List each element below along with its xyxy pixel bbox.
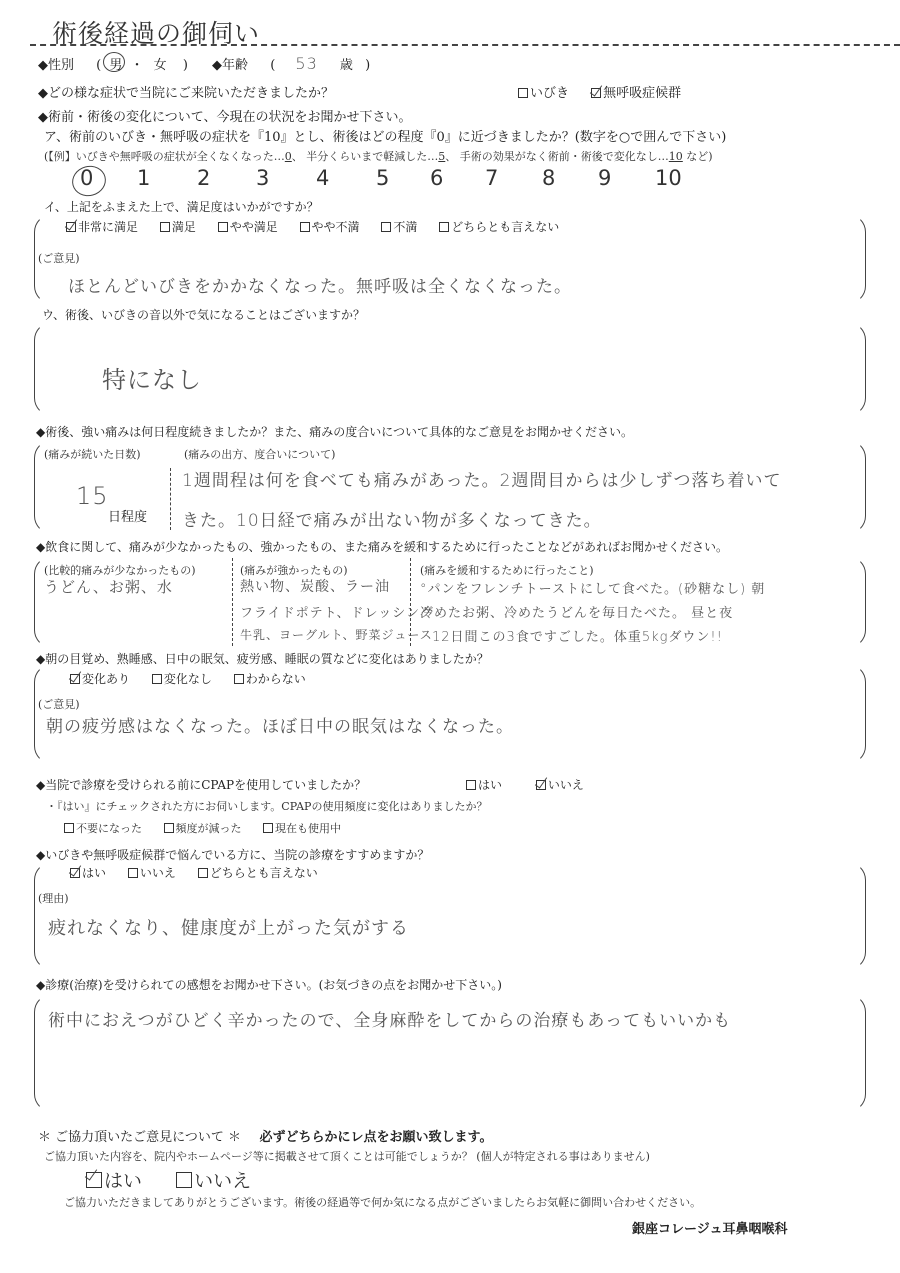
- satisfaction-options: 非常に満足 満足 やや満足 やや不満 不満 どちらとも言えない: [66, 218, 577, 235]
- checkbox-icon: [218, 222, 228, 232]
- checkbox-icon: [160, 222, 170, 232]
- thanks-message: ご協力いただきましてありがとうございます。術後の経過等で何か気になる点がございま…: [64, 1194, 701, 1210]
- scale-option-1[interactable]: 1: [137, 166, 150, 190]
- pain-question: ◆術後、強い痛みは何日程度続きましたか？また、痛みの度合いについて具体的なご意見…: [36, 423, 633, 440]
- checkbox-icon: [439, 222, 449, 232]
- diet-relief-line3[interactable]: 12日間この3食ですごした。体重5kgダウン!!: [432, 626, 723, 645]
- checkbox-checked-icon: [70, 674, 80, 684]
- cpap-question: ◆当院で診療を受けられる前にCPAPを使用していましたか？: [36, 776, 366, 793]
- pain-detail-label: (痛みの出方、度合いについて): [184, 446, 335, 462]
- sleep-opinion-text[interactable]: 朝の疲労感はなくなった。ほぼ日中の眠気はなくなった。: [46, 712, 514, 737]
- option-no-longer-needed[interactable]: 不要になった: [64, 820, 142, 836]
- option-recommend-yes[interactable]: はい: [70, 864, 106, 881]
- option-recommend-neither[interactable]: どちらとも言えない: [198, 864, 318, 881]
- option-recommend-no[interactable]: いいえ: [128, 864, 176, 881]
- change-sub-a: ア、術前のいびき・無呼吸の症状を『10』とし、術後はどの程度『0』に近づきました…: [44, 126, 726, 145]
- gender-option-male[interactable]: 男: [105, 54, 126, 73]
- opinion-label: (ご意見): [38, 250, 80, 266]
- option-permission-no[interactable]: いいえ: [176, 1166, 251, 1193]
- footer-heading: ＊ ご協力頂いたご意見について ＊ 必ずどちらかにレ点をお願い致します。: [38, 1126, 493, 1145]
- checkbox-icon: [128, 868, 138, 878]
- diet-strong-line1[interactable]: 熱い物、炭酸、ラー油: [240, 576, 390, 596]
- checkbox-icon: [234, 674, 244, 684]
- option-cpap-no[interactable]: いいえ: [536, 776, 584, 793]
- clinic-name: 銀座コレージュ耳鼻咽喉科: [632, 1218, 787, 1237]
- checkbox-icon: [381, 222, 391, 232]
- column-divider: [170, 468, 171, 530]
- permission-question: ご協力頂いた内容を、院内やホームページ等に掲載させて頂くことは可能でしょうか？ …: [44, 1148, 650, 1164]
- option-no-change[interactable]: 変化なし: [152, 670, 212, 687]
- sleep-options: 変化あり 変化なし わからない: [70, 670, 324, 687]
- checkbox-checked-icon: [86, 1172, 102, 1188]
- checkbox-icon: [164, 823, 174, 833]
- opinion-label: (ご意見): [38, 696, 80, 712]
- option-changed[interactable]: 変化あり: [70, 670, 130, 687]
- satisfaction-opinion-text[interactable]: ほとんどいびきをかかなくなった。無呼吸は全くなくなった。: [68, 272, 572, 297]
- diet-relief-line1[interactable]: °パンをフレンチトーストにして食べた。(砂糖なし) 朝: [420, 578, 765, 597]
- checkbox-checked-icon: [536, 780, 546, 790]
- change-question: ◆術前・術後の変化について、今現在の状況をお聞かせ下さい。: [38, 106, 411, 125]
- age-unit: 歳: [340, 58, 353, 73]
- impression-answer[interactable]: 術中におえつがひどく辛かったので、全身麻酔をしてからの治療もあってもいいかも: [48, 1006, 731, 1031]
- cpap-options: はい いいえ: [466, 776, 602, 793]
- satisfaction-question: イ、上記をふまえた上で、満足度はいかがですか？: [44, 198, 319, 215]
- recommend-reason-text[interactable]: 疲れなくなり、健康度が上がった気がする: [48, 914, 409, 940]
- pain-days-unit: 日程度: [108, 506, 147, 525]
- option-somewhat-dissatisfied[interactable]: やや不満: [300, 218, 360, 235]
- symptom-question: ◆どの様な症状で当院にご来院いただきましたか？: [38, 82, 334, 101]
- scale-option-3[interactable]: 3: [256, 166, 269, 190]
- scale-option-4[interactable]: 4: [316, 166, 329, 190]
- gender-option-female[interactable]: 女: [154, 58, 167, 73]
- other-concerns-answer[interactable]: 特になし: [102, 360, 202, 395]
- pain-days-value[interactable]: 15: [76, 482, 109, 510]
- diet-strong-line2[interactable]: フライドポテト、ドレッシング: [240, 602, 434, 621]
- option-somewhat-satisfied[interactable]: やや満足: [218, 218, 278, 235]
- option-dissatisfied[interactable]: 不満: [381, 218, 417, 235]
- gender-label: ◆性別: [38, 58, 74, 73]
- diet-less-value[interactable]: うどん、お粥、水: [44, 576, 173, 597]
- checkbox-icon: [152, 674, 162, 684]
- checkbox-icon: [198, 868, 208, 878]
- option-satisfied[interactable]: 満足: [160, 218, 196, 235]
- scale-option-7[interactable]: 7: [485, 166, 498, 190]
- diet-relief-line2[interactable]: 冷めたお粥、冷めたうどんを毎日たべた。 昼と夜: [420, 602, 733, 621]
- scale-option-8[interactable]: 8: [542, 166, 555, 190]
- checkbox-icon: [300, 222, 310, 232]
- change-example: (【例】いびきや無呼吸の症状が全くなくなった…0、 半分くらいまで軽減した…5、…: [44, 148, 713, 164]
- scale-option-2[interactable]: 2: [197, 166, 210, 190]
- age-value[interactable]: 53: [295, 54, 317, 73]
- diet-relief-label: (痛みを緩和するために行ったこと): [420, 562, 594, 578]
- other-concerns-question: ウ、術後、いびきの音以外で気になることはございますか？: [42, 306, 365, 323]
- option-reduced-frequency[interactable]: 頻度が減った: [164, 820, 242, 836]
- cpap-followup-question: ・『はい』にチェックされた方にお伺いします。CPAPの使用頻度に変化はありました…: [46, 798, 487, 814]
- title-divider: [30, 44, 900, 46]
- scale-option-9[interactable]: 9: [598, 166, 611, 190]
- pain-days-label: (痛みが続いた日数): [44, 446, 141, 462]
- age-label: ◆年齢: [212, 58, 248, 73]
- symptom-options: いびき 無呼吸症候群: [518, 82, 699, 101]
- scale-option-6[interactable]: 6: [430, 166, 443, 190]
- checkbox-icon: [176, 1172, 192, 1188]
- recommend-question: ◆いびきや無呼吸症候群で悩んでいる方に、当院の診療をすすめますか？: [36, 846, 429, 863]
- checkbox-checked-icon: [66, 222, 76, 232]
- option-snoring[interactable]: いびき: [518, 82, 569, 101]
- checkbox-checked-icon: [70, 868, 80, 878]
- recommend-options: はい いいえ どちらとも言えない: [70, 864, 336, 881]
- cpap-followup-options: 不要になった 頻度が減った 現在も使用中: [64, 820, 359, 836]
- pain-detail-line2[interactable]: きた。10日経で痛みが出ない物が多くなってきた。: [182, 506, 602, 531]
- impression-question: ◆診療(治療)を受けられての感想をお聞かせ下さい。(お気づきの点をお聞かせ下さい…: [36, 976, 502, 993]
- option-neither[interactable]: どちらとも言えない: [439, 218, 559, 235]
- option-cpap-yes[interactable]: はい: [466, 776, 502, 793]
- rating-scale: 0 1 2 3 4 5 6 7 8 9 10: [80, 166, 720, 194]
- checkbox-icon: [518, 88, 528, 98]
- checkbox-checked-icon: [591, 88, 601, 98]
- scale-option-10[interactable]: 10: [655, 166, 682, 190]
- reason-label: (理由): [38, 890, 69, 906]
- checkbox-icon: [263, 823, 273, 833]
- option-unknown[interactable]: わからない: [234, 670, 306, 687]
- checkbox-icon: [466, 780, 476, 790]
- diet-question: ◆飲食に関して、痛みが少なかったもの、強かったもの、また痛みを緩和するために行っ…: [36, 538, 728, 555]
- gender-age-row: ◆性別 ( 男 ・ 女 ) ◆年齢 ( 53 歳 ): [38, 54, 370, 73]
- scale-option-5[interactable]: 5: [376, 166, 389, 190]
- option-still-using[interactable]: 現在も使用中: [263, 820, 341, 836]
- pain-detail-line1[interactable]: 1週間程は何を食べても痛みがあった。2週間目からは少しずつ落ち着いて: [182, 466, 781, 491]
- selected-circle-mark: [69, 162, 110, 200]
- option-very-satisfied[interactable]: 非常に満足: [66, 218, 138, 235]
- permission-options: はい いいえ: [86, 1166, 269, 1193]
- option-sleep-apnea[interactable]: 無呼吸症候群: [591, 82, 681, 101]
- column-divider: [410, 558, 411, 646]
- column-divider: [232, 558, 233, 646]
- diet-strong-line3[interactable]: 牛乳、ヨーグルト、野菜ジュース: [240, 626, 433, 643]
- checkbox-icon: [64, 823, 74, 833]
- option-permission-yes[interactable]: はい: [86, 1166, 142, 1193]
